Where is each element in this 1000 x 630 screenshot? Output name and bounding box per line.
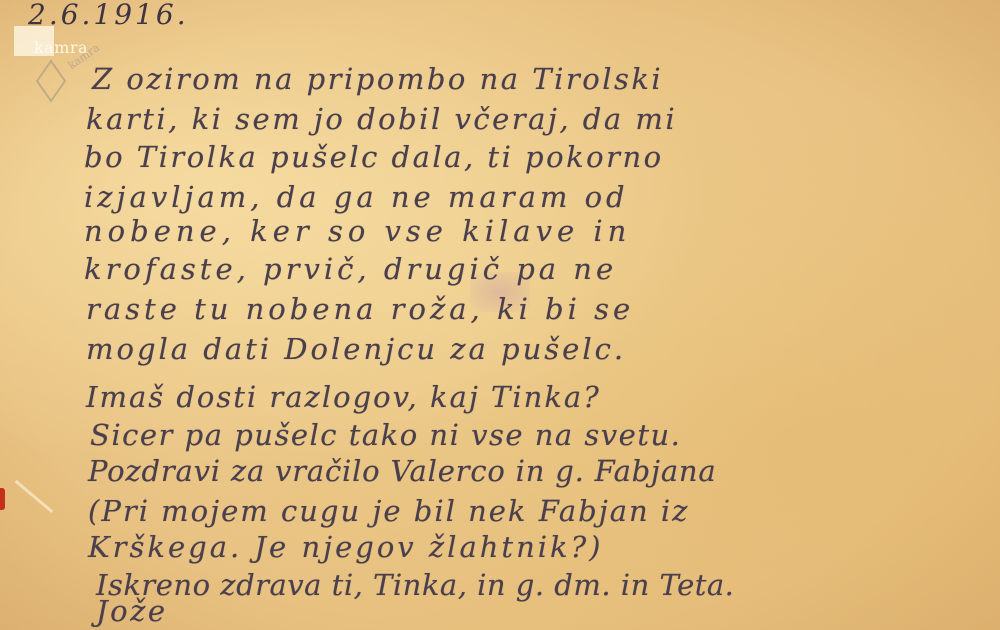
letter-line: Krškega. Je njegov žlahtnik?) xyxy=(88,530,603,564)
letter-line: Iskreno zdrava ti, Tinka, in g. dm. in T… xyxy=(96,568,734,602)
red-edge-mark xyxy=(0,488,5,510)
letter-line: raste tu nobena roža, ki bi se xyxy=(86,292,634,326)
letter-line: nobene, ker so vse kilave in xyxy=(84,214,631,248)
letter-line: (Pri mojem cugu je bil nek Fabjan iz xyxy=(88,494,689,528)
letter-line: karti, ki sem jo dobil včeraj, da mi xyxy=(86,102,677,136)
letter-line: bo Tirolka pušelc dala, ti pokorno xyxy=(84,140,664,174)
letter-line: Pozdravi za vračilo Valerco in g. Fabjan… xyxy=(88,454,716,488)
postcard: 2.6.1916. kamra kamra Z ozirom na pripom… xyxy=(0,0,1000,630)
letter-line: Imaš dosti razlogov, kaj Tinka? xyxy=(86,380,601,414)
letter-line: Sicer pa pušelc tako ni vse na svetu. xyxy=(90,418,681,452)
letter-line: Z ozirom na pripombo na Tirolski xyxy=(92,62,663,96)
letter-line: krofaste, prvič, drugič pa ne xyxy=(84,252,617,286)
letter-line: izjavljam, da ga ne maram od xyxy=(84,180,629,214)
cube-logo-icon xyxy=(36,59,66,102)
letter-signature: Jože xyxy=(96,594,168,628)
paper-crease xyxy=(15,480,54,513)
letter-line: mogla dati Dolenjcu za pušelc. xyxy=(86,332,626,366)
